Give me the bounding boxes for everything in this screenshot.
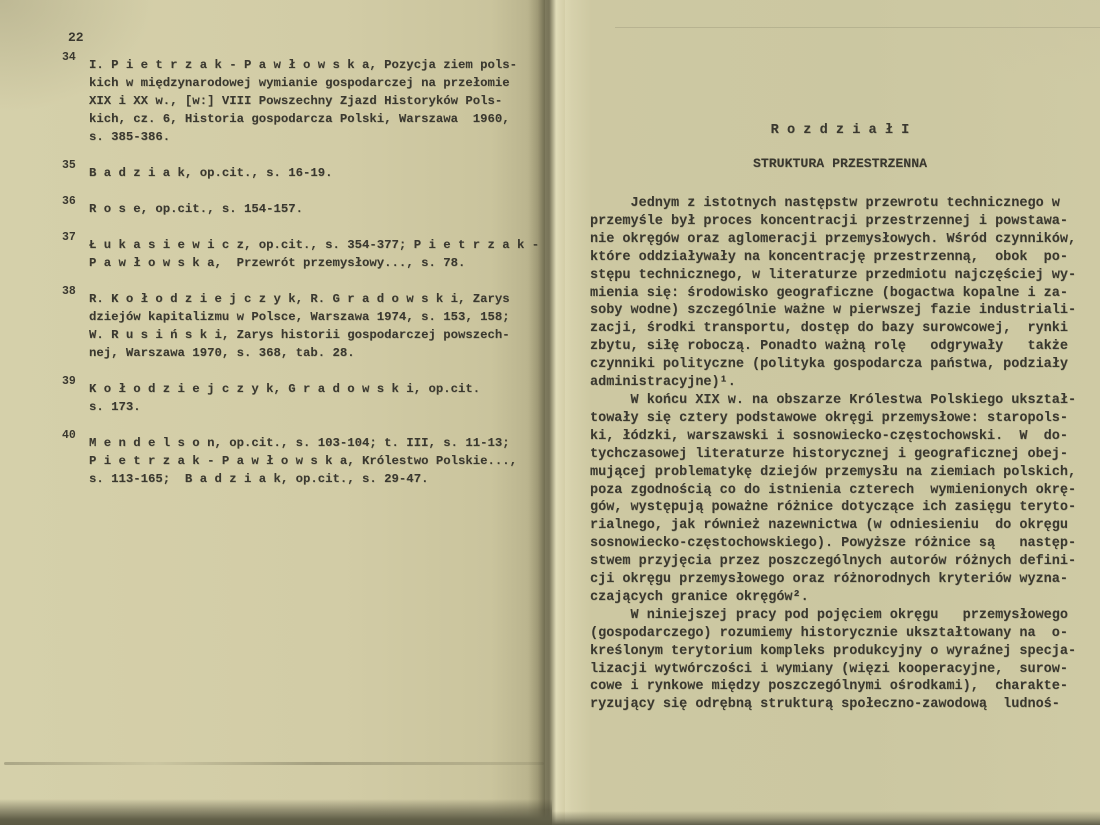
body-line: stwem przyjęcia przez poszczególnych aut… (590, 553, 1090, 571)
body-text: Jednym z istotnych następstw przewrotu t… (590, 195, 1090, 714)
body-line: ki, łódzki, warszawski i sosnowiecko-czę… (590, 428, 1090, 446)
body-line: W niniejszej pracy pod pojęciem okręgu p… (590, 607, 1090, 625)
body-line: tychczasowej literaturze historycznej i … (590, 446, 1090, 464)
footnote-marker: 35 (62, 159, 76, 172)
body-line: nie okręgów oraz aglomeracji przemysłowy… (590, 231, 1090, 249)
footnote-line: B a d z i a k, op.cit., s. 16-19. (89, 164, 530, 182)
footnote-line: I. P i e t r z a k - P a w ł o w s k a, … (89, 56, 530, 74)
footnote-line: s. 173. (89, 398, 530, 416)
body-line: kreślonym terytorium kompleks produkcyjn… (590, 643, 1090, 661)
page-number: 22 (68, 30, 84, 45)
footnote-37: 37Ł u k a s i e w i c z, op.cit., s. 354… (62, 236, 530, 272)
body-line: zacji, środki transportu, dostęp do bazy… (590, 320, 1090, 338)
body-line: cowe i rynkowe między poszczególnymi ośr… (590, 678, 1090, 696)
body-line: (gospodarczego) rozumiemy historycznie u… (590, 625, 1090, 643)
left-page: 22 34I. P i e t r z a k - P a w ł o w s … (0, 0, 545, 825)
footnote-39: 39K o ł o d z i e j c z y k, G r a d o w… (62, 380, 530, 416)
body-line: cji okręgu przemysłowego oraz różnorodny… (590, 571, 1090, 589)
chapter-heading: R o z d z i a ł I (590, 122, 1090, 140)
footnote-38: 38R. K o ł o d z i e j c z y k, R. G r a… (62, 290, 530, 362)
body-line: które oddziaływały na koncentrację przes… (590, 249, 1090, 267)
body-line: przemyśle był proces koncentracji przest… (590, 213, 1090, 231)
footnote-line: K o ł o d z i e j c z y k, G r a d o w s… (89, 380, 530, 398)
body-line: gów, występują poważne różnice dotyczące… (590, 499, 1090, 517)
footnotes-list: 34I. P i e t r z a k - P a w ł o w s k a… (62, 56, 530, 506)
footnote-line: s. 385-386. (89, 128, 530, 146)
body-line: towały się cztery podstawowe okręgi prze… (590, 410, 1090, 428)
footnote-line: Ł u k a s i e w i c z, op.cit., s. 354-3… (89, 236, 530, 254)
footnote-marker: 40 (62, 429, 76, 442)
body-line: sosnowiecko-częstochowskiego). Powyższe … (590, 535, 1090, 553)
body-line: administracyjne)¹. (590, 374, 1090, 392)
body-line: lizacji wytwórczości i wymiany (więzi ko… (590, 661, 1090, 679)
footnote-line: s. 113-165; B a d z i a k, op.cit., s. 2… (89, 470, 530, 488)
body-line: mującej problematykę dziejów przemysłu n… (590, 464, 1090, 482)
footnote-line: dziejów kapitalizmu w Polsce, Warszawa 1… (89, 308, 530, 326)
body-line: stępu technicznego, w literaturze przedm… (590, 267, 1090, 285)
footnote-line: W. R u s i ń s k i, Zarys historii gospo… (89, 326, 530, 344)
footnote-35: 35B a d z i a k, op.cit., s. 16-19. (62, 164, 530, 182)
footnote-line: R o s e, op.cit., s. 154-157. (89, 200, 530, 218)
footnote-line: P a w ł o w s k a, Przewrót przemysłowy.… (89, 254, 530, 272)
footnote-marker: 39 (62, 375, 76, 388)
body-line: ryzujący się odrębną strukturą społeczno… (590, 696, 1090, 714)
footnote-40: 40M e n d e l s o n, op.cit., s. 103-104… (62, 434, 530, 488)
body-line: czynniki polityczne (polityka gospodarcz… (590, 356, 1090, 374)
footnote-line: XIX i XX w., [w:] VIII Powszechny Zjazd … (89, 92, 530, 110)
footnote-34: 34I. P i e t r z a k - P a w ł o w s k a… (62, 56, 530, 146)
footnote-marker: 36 (62, 195, 76, 208)
right-page-column: R o z d z i a ł I STRUKTURA PRZESTRZENNA… (590, 122, 1090, 714)
paper-crease (4, 762, 544, 765)
footnote-marker: 37 (62, 231, 76, 244)
chapter-subtitle: STRUKTURA PRZESTRZENNA (590, 156, 1090, 171)
body-line: mienia się: środowisko geograficzne (bog… (590, 285, 1090, 303)
footnote-line: R. K o ł o d z i e j c z y k, R. G r a d… (89, 290, 530, 308)
footnote-line: M e n d e l s o n, op.cit., s. 103-104; … (89, 434, 530, 452)
body-line: poza zgodnością co do istnienia czterech… (590, 482, 1090, 500)
paper-crease-faint (615, 27, 1100, 28)
body-line: rialnego, jak również nazewnictwa (w odn… (590, 517, 1090, 535)
scan-edge-bottom-left (0, 799, 552, 825)
book-spread: 22 34I. P i e t r z a k - P a w ł o w s … (0, 0, 1100, 825)
body-line: Jednym z istotnych następstw przewrotu t… (590, 195, 1090, 213)
scan-edge-bottom-right (552, 811, 1100, 825)
right-page: R o z d z i a ł I STRUKTURA PRZESTRZENNA… (565, 0, 1100, 825)
footnote-line: P i e t r z a k - P a w ł o w s k a, Kró… (89, 452, 530, 470)
body-line: soby wodne) szczególnie ważne w pierwsze… (590, 302, 1090, 320)
body-line: czających granice okręgów². (590, 589, 1090, 607)
body-line: W końcu XIX w. na obszarze Królestwa Pol… (590, 392, 1090, 410)
footnote-36: 36R o s e, op.cit., s. 154-157. (62, 200, 530, 218)
footnote-line: kich w międzynarodowej wymianie gospodar… (89, 74, 530, 92)
footnote-marker: 34 (62, 51, 76, 64)
footnote-line: kich, cz. 6, Historia gospodarcza Polski… (89, 110, 530, 128)
body-line: zbytu, siłę roboczą. Ponadto ważną rolę … (590, 338, 1090, 356)
footnote-marker: 38 (62, 285, 76, 298)
footnote-line: nej, Warszawa 1970, s. 368, tab. 28. (89, 344, 530, 362)
